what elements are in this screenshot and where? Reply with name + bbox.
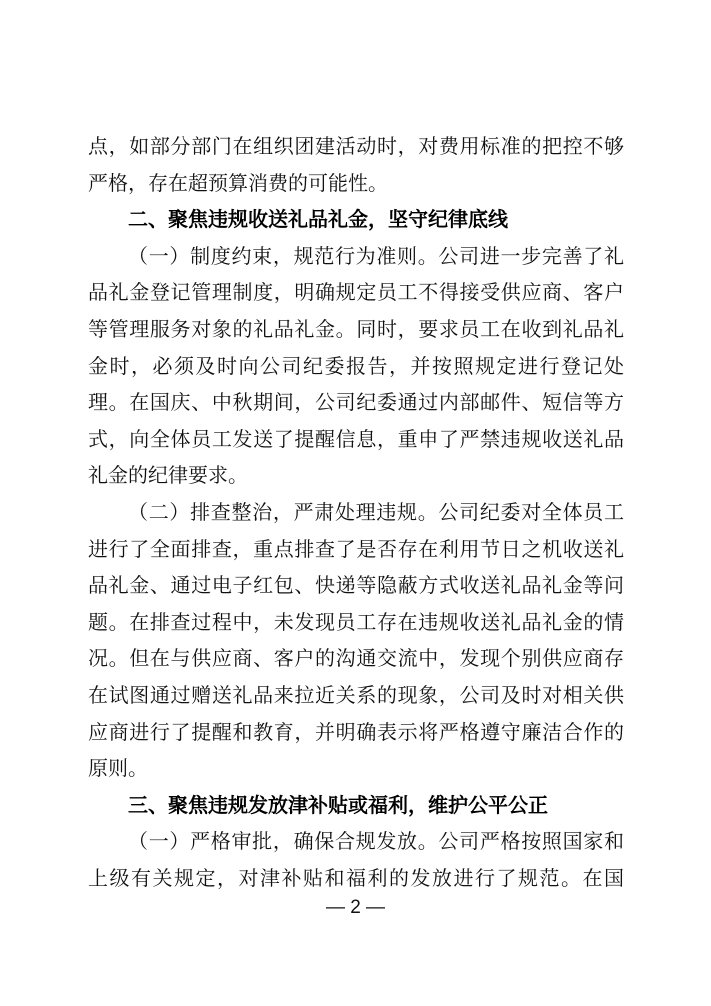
body-paragraph: （一）制度约束，规范行为准则。公司进一步完善了礼品礼金登记管理制度，明确规定员工… bbox=[88, 239, 624, 495]
section-heading-3: 三、聚焦违规发放津补贴或福利，维护公平公正 bbox=[88, 788, 624, 825]
body-paragraph: （一）严格审批，确保合规发放。公司严格按照国家和上级有关规定，对津补贴和福利的发… bbox=[88, 824, 624, 897]
body-paragraph: （二）排查整治，严肃处理违规。公司纪委对全体员工进行了全面排查，重点排查了是否存… bbox=[88, 495, 624, 788]
page-number: — 2 — bbox=[0, 896, 711, 920]
body-paragraph-continuation: 点，如部分部门在组织团建活动时，对费用标准的把控不够严格，存在超预算消费的可能性… bbox=[88, 129, 624, 202]
document-body: 点，如部分部门在组织团建活动时，对费用标准的把控不够严格，存在超预算消费的可能性… bbox=[88, 129, 624, 897]
section-heading-2: 二、聚焦违规收送礼品礼金，坚守纪律底线 bbox=[88, 202, 624, 239]
document-page: 点，如部分部门在组织团建活动时，对费用标准的把控不够严格，存在超预算消费的可能性… bbox=[0, 0, 711, 1006]
